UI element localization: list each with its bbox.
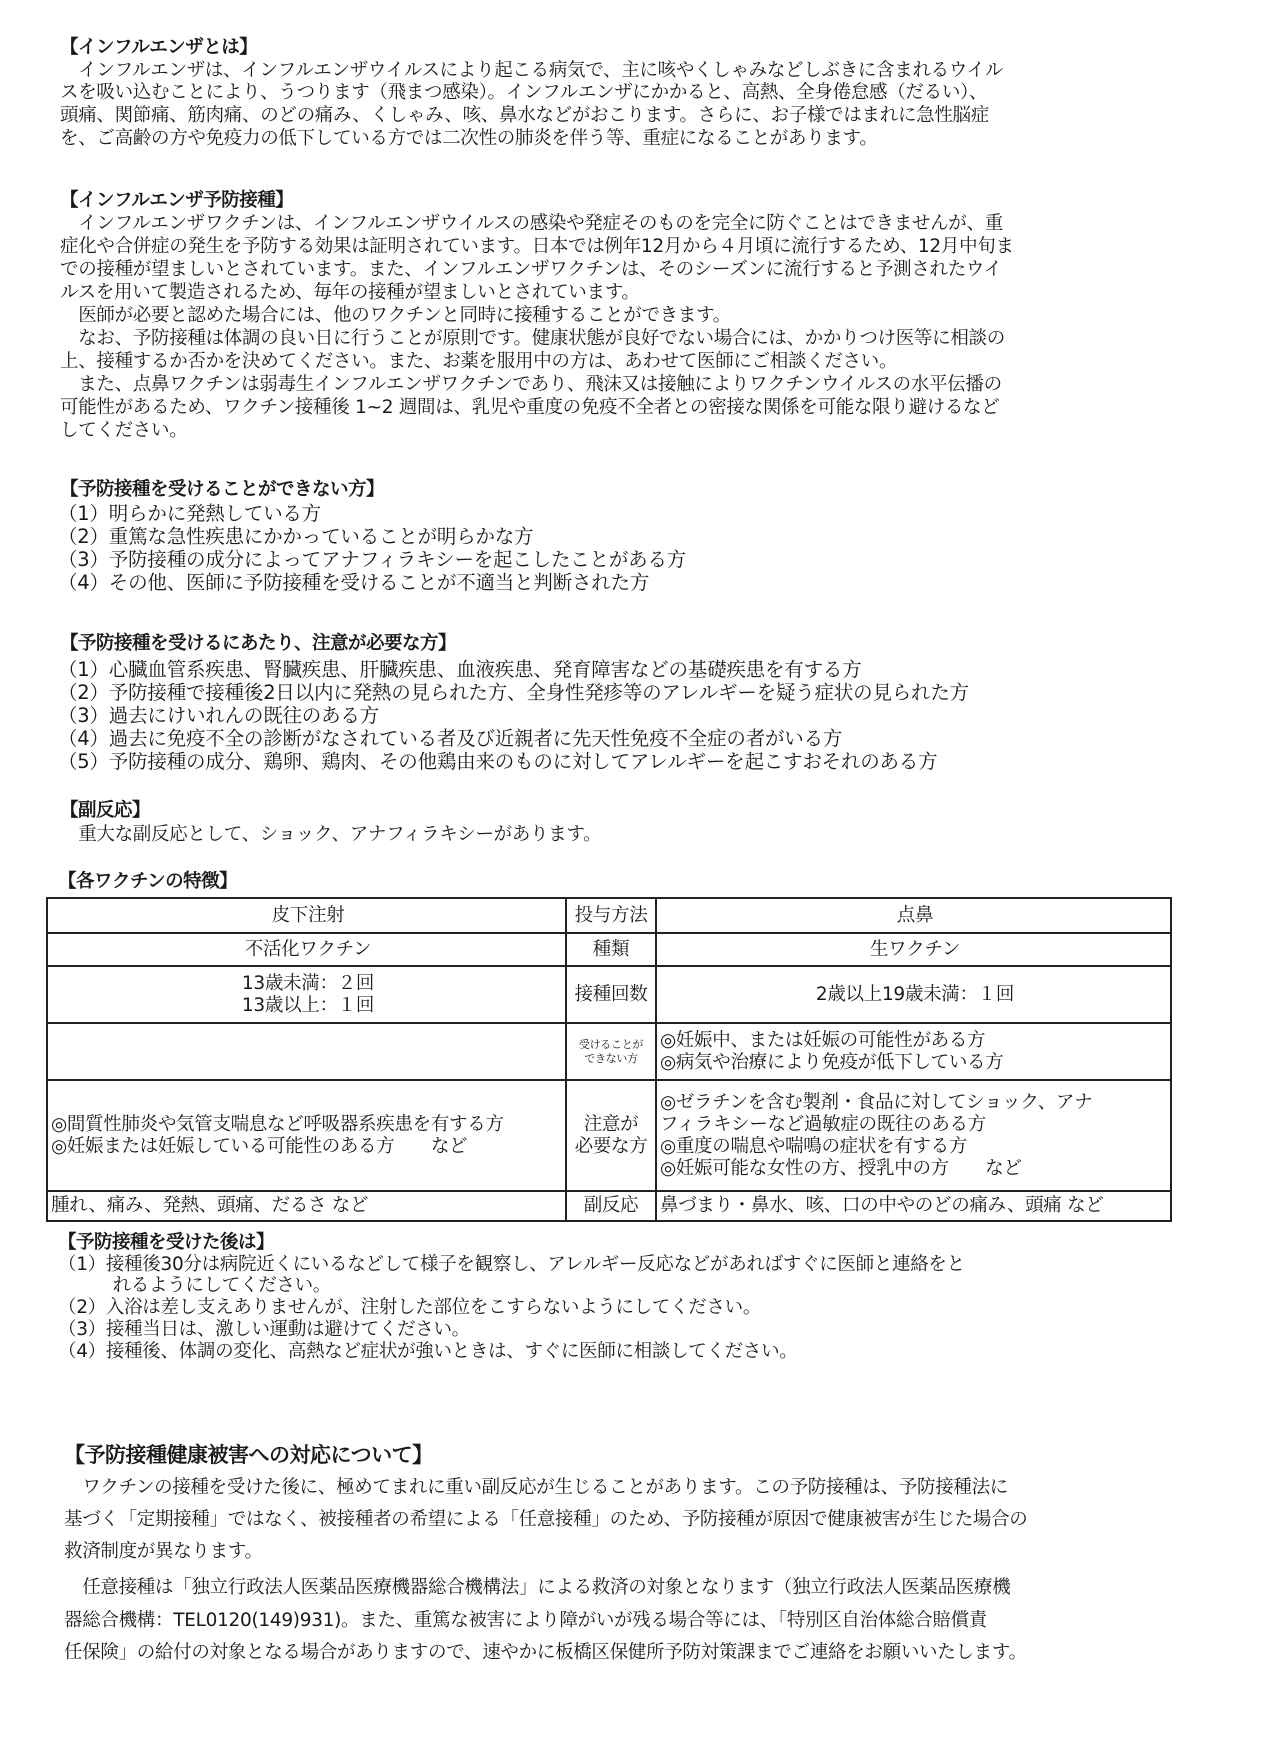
list-item: （2）重篤な急性疾患にかかっていることが明らかな方 [58, 527, 533, 547]
section-heading: 【副反応】 [60, 801, 150, 821]
cell-text: ◎ゼラチンを含む製剤・食品に対してショック、アナ [657, 1092, 1170, 1114]
paragraph-line: 上、接種するか否かを決めてください。また、お薬を服用中の方は、あわせて医師にご相… [60, 352, 897, 372]
paragraph-line: また、点鼻ワクチンは弱毒生インフルエンザワクチンであり、飛沫又は接触によりワクチ… [60, 375, 1002, 395]
table-row-contraindications: 受けることが できない方 ◎妊娠中、または妊娠の可能性がある方 ◎病気や治療によ… [48, 1022, 1170, 1079]
table-cell-left: 不活化ワクチン [48, 934, 565, 965]
table-cell-left: 腫れ、痛み、発熱、頭痛、だるさ など [48, 1192, 565, 1220]
table-cell-right: 点鼻 [657, 899, 1170, 932]
paragraph-line: での接種が望ましいとされています。また、インフルエンザワクチンは、そのシーズンに… [60, 260, 1002, 280]
table-row-doses: 13歳未満：２回 13歳以上：１回 接種回数 2歳以上19歳未満：１回 [48, 965, 1170, 1022]
list-item: （1）心臓血管系疾患、腎臓疾患、肝臓疾患、血液疾患、発育障害などの基礎疾患を有す… [58, 660, 862, 680]
paragraph-line: インフルエンザは、インフルエンザウイルスにより起こる病気で、主に咳やくしゃみなど… [60, 61, 1003, 81]
paragraph-line: なお、予防接種は体調の良い日に行うことが原則です。健康状態が良好でない場合には、… [60, 329, 1005, 349]
section-heading: 【インフルエンザとは】 [60, 38, 257, 58]
vaccine-comparison-table: 皮下注射 投与方法 点鼻 不活化ワクチン 種類 生ワクチン 13歳未満： [46, 897, 1172, 1222]
paragraph-line: ルスを用いて製造されるため、毎年の接種が望ましいとされています。 [60, 283, 640, 303]
paragraph-line: してください。 [60, 421, 187, 441]
table-cell-label: 種類 [565, 934, 657, 965]
table-cell-label: 接種回数 [565, 967, 657, 1022]
table-row-side-effects: 腫れ、痛み、発熱、頭痛、だるさ など 副反応 鼻づまり・鼻水、咳、口の中やのどの… [48, 1190, 1170, 1220]
cell-text: ◎間質性肺炎や気管支喘息など呼吸器系疾患を有する方 [48, 1114, 565, 1136]
cell-text: ◎病気や治療により免疫が低下している方 [657, 1052, 1170, 1074]
cell-text: 13歳以上：１回 [239, 995, 374, 1017]
paragraph-line: インフルエンザワクチンは、インフルエンザウイルスの感染や発症そのものを完全に防ぐ… [60, 214, 1003, 234]
list-item: （2）入浴は差し支えありませんが、注射した部位をこすらないようにしてください。 [58, 1298, 761, 1318]
section-heading: 【各ワクチンの特徴】 [58, 872, 237, 892]
cell-text: 13歳未満：２回 [239, 973, 374, 995]
section-heading: 【予防接種健康被害への対応について】 [64, 1445, 433, 1465]
section-heading: 【インフルエンザ予防接種】 [60, 191, 293, 211]
section-heading: 【予防接種を受けるにあたり、注意が必要な方】 [60, 634, 456, 654]
paragraph-line: 頭痛、関節痛、筋肉痛、のどの痛み、くしゃみ、咳、鼻水などがおこります。さらに、お… [60, 106, 989, 126]
table-cell-left: 皮下注射 [48, 899, 565, 932]
row-label: 種類 [593, 939, 629, 961]
table-row-type: 不活化ワクチン 種類 生ワクチン [48, 932, 1170, 965]
list-item: （3）予防接種の成分によってアナフィラキシーを起こしたことがある方 [58, 550, 686, 570]
list-item-continuation: れるようにしてください。 [58, 1276, 331, 1296]
table-row-route: 皮下注射 投与方法 点鼻 [48, 899, 1170, 932]
cell-text: ◎妊娠中、または妊娠の可能性がある方 [657, 1030, 1170, 1052]
cell-text: フィラキシーなど過敏症の既往のある方 [657, 1114, 1170, 1136]
list-item: （3）過去にけいれんの既往のある方 [58, 706, 379, 726]
list-item: （1）接種後30分は病院近くにいるなどして様子を観察し、アレルギー反応などがあれ… [58, 1255, 965, 1275]
paragraph-line: スを吸い込むことにより、うつります（飛まつ感染）。インフルエンザにかかると、高熱… [60, 83, 987, 103]
paragraph-line: 可能性があるため、ワクチン接種後 1~2 週間は、乳児や重度の免疫不全者との密接… [60, 398, 999, 418]
table-cell-left [48, 1024, 565, 1079]
list-item: （4）その他、医師に予防接種を受けることが不適当と判断された方 [58, 573, 649, 593]
list-item: （4）接種後、体調の変化、高熱など症状が強いときは、すぐに医師に相談してください… [58, 1342, 797, 1362]
table-cell-left: ◎間質性肺炎や気管支喘息など呼吸器系疾患を有する方 ◎妊娠または妊娠している可能… [48, 1081, 565, 1190]
row-label: できない方 [584, 1052, 638, 1066]
paragraph-line: 任保険」の給付の対象となる場合がありますので、速やかに板橋区保健所予防対策課まで… [64, 1643, 1027, 1663]
paragraph-line: 器総合機構：TEL0120(149)931)。また、重篤な被害により障がいが残る… [64, 1611, 987, 1631]
table-row-cautions: ◎間質性肺炎や気管支喘息など呼吸器系疾患を有する方 ◎妊娠または妊娠している可能… [48, 1079, 1170, 1190]
row-label: 投与方法 [575, 905, 648, 927]
row-label: 必要な方 [575, 1136, 648, 1158]
list-item: （4）過去に免疫不全の診断がなされている者及び近親者に先天性免疫不全症の者がいる… [58, 729, 842, 749]
paragraph-line: を、ご高齢の方や免疫力の低下している方では二次性の肺炎を伴う等、重症になることが… [60, 129, 878, 149]
row-label: 注意が [584, 1114, 639, 1136]
table-cell-right: 鼻づまり・鼻水、咳、口の中やのどの痛み、頭痛 など [657, 1192, 1170, 1220]
cell-text: 腫れ、痛み、発熱、頭痛、だるさ など [48, 1195, 565, 1217]
row-label: 副反応 [584, 1195, 639, 1217]
cell-text: 鼻づまり・鼻水、咳、口の中やのどの痛み、頭痛 など [657, 1195, 1170, 1217]
paragraph-line: 医師が必要と認めた場合には、他のワクチンと同時に接種することができます。 [60, 306, 731, 326]
table-cell-right: 2歳以上19歳未満：１回 [657, 967, 1170, 1022]
list-item: （3）接種当日は、激しい運動は避けてください。 [58, 1320, 470, 1340]
cell-text: ◎妊娠または妊娠している可能性のある方 など [48, 1136, 565, 1158]
cell-text: 2歳以上19歳未満：１回 [813, 984, 1014, 1006]
paragraph-line: 重大な副反応として、ショック、アナフィラキシーがあります。 [60, 825, 601, 845]
table-cell-left: 13歳未満：２回 13歳以上：１回 [48, 967, 565, 1022]
section-heading: 【予防接種を受けた後は】 [58, 1233, 274, 1253]
list-item: （5）予防接種の成分、鶏卵、鶏肉、その他鶏由来のものに対してアレルギーを起こすお… [58, 752, 937, 772]
cell-text: ◎妊娠可能な女性の方、授乳中の方 など [657, 1158, 1170, 1180]
table-cell-right: ◎妊娠中、または妊娠の可能性がある方 ◎病気や治療により免疫が低下している方 [657, 1024, 1170, 1079]
table-cell-right: ◎ゼラチンを含む製剤・食品に対してショック、アナ フィラキシーなど過敏症の既往の… [657, 1081, 1170, 1190]
table-cell-label: 副反応 [565, 1192, 657, 1220]
cell-text: 生ワクチン [867, 939, 960, 961]
row-label: 接種回数 [575, 984, 648, 1006]
paragraph-line: ワクチンの接種を受けた後に、極めてまれに重い副反応が生じることがあります。この予… [64, 1478, 1008, 1498]
cell-text: 皮下注射 [269, 905, 345, 927]
cell-text: 不活化ワクチン [242, 939, 371, 961]
table-cell-right: 生ワクチン [657, 934, 1170, 965]
cell-text: ◎重度の喘息や喘鳴の症状を有する方 [657, 1136, 1170, 1158]
paragraph-line: 症化や合併症の発生を予防する効果は証明されています。日本では例年12月から４月頃… [60, 237, 1014, 257]
table-cell-label: 受けることが できない方 [565, 1024, 657, 1079]
paragraph-line: 基づく「定期接種」ではなく、被接種者の希望による「任意接種」のため、予防接種が原… [64, 1510, 1028, 1530]
paragraph-line: 任意接種は「独立行政法人医薬品医療機器総合機構法」による救済の対象となります（独… [64, 1578, 1010, 1598]
row-label: 受けることが [579, 1038, 643, 1052]
list-item: （1）明らかに発熱している方 [58, 504, 321, 524]
section-heading: 【予防接種を受けることができない方】 [60, 480, 384, 500]
table-cell-label: 注意が 必要な方 [565, 1081, 657, 1190]
list-item: （2）予防接種で接種後2日以内に発熱の見られた方、全身性発疹等のアレルギーを疑う… [58, 683, 969, 703]
cell-text: 点鼻 [894, 905, 933, 927]
table-cell-label: 投与方法 [565, 899, 657, 932]
paragraph-line: 救済制度が異なります。 [64, 1542, 263, 1562]
